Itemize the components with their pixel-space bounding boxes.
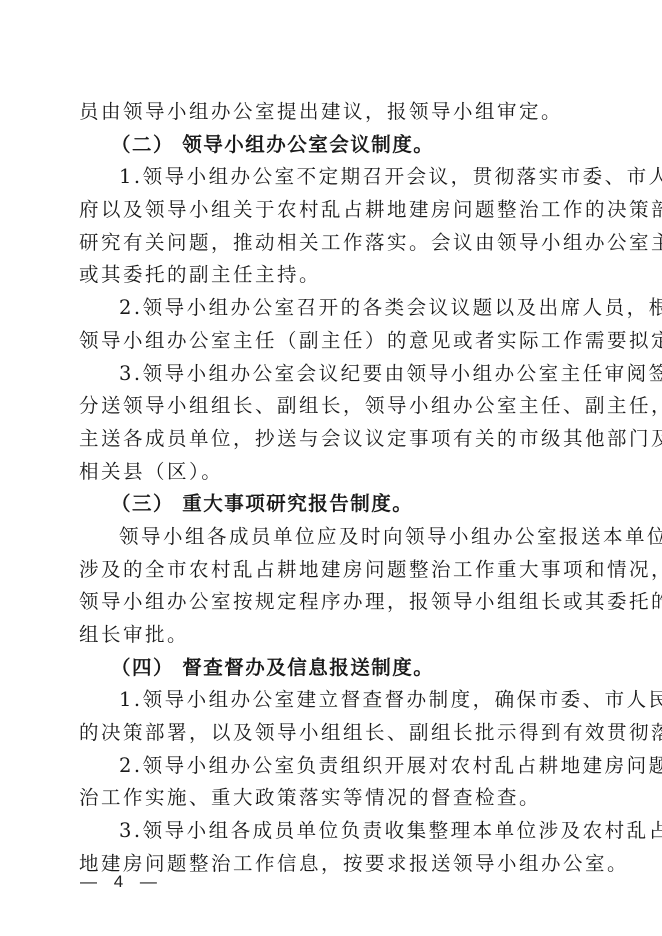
paragraph-line: 员由领导小组办公室提出建议，报领导小组审定。: [79, 96, 582, 129]
paragraph-line: 或其委托的副主任主持。: [79, 259, 582, 292]
paragraph-line: 组长审批。: [79, 619, 582, 652]
paragraph-line: 1.领导小组办公室建立督查督办制度，确保市委、市人民政府: [79, 684, 582, 717]
paragraph-line: 2.领导小组办公室召开的各类会议议题以及出席人员，根据: [79, 292, 582, 325]
paragraph-line: 相关县（区）。: [79, 456, 582, 489]
paragraph-line: 分送领导小组组长、副组长，领导小组办公室主任、副主任，: [79, 390, 582, 423]
section-heading-4: （四） 督查督办及信息报送制度。: [79, 652, 582, 685]
paragraph-line: 的决策部署，以及领导小组组长、副组长批示得到有效贯彻落实。: [79, 717, 582, 750]
page-number: — 4 —: [80, 872, 163, 892]
paragraph-line: 领导小组办公室按规定程序办理，报领导小组组长或其委托的副: [79, 586, 582, 619]
paragraph-line: 研究有关问题，推动相关工作落实。会议由领导小组办公室主任: [79, 227, 582, 260]
section-heading-2: （二） 领导小组办公室会议制度。: [79, 129, 582, 162]
paragraph-line: 主送各成员单位，抄送与会议议定事项有关的市级其他部门及: [79, 423, 582, 456]
document-body: 员由领导小组办公室提出建议，报领导小组审定。 （二） 领导小组办公室会议制度。 …: [79, 96, 582, 881]
paragraph-line: 府以及领导小组关于农村乱占耕地建房问题整治工作的决策部署，: [79, 194, 582, 227]
paragraph-line: 3.领导小组各成员单位负责收集整理本单位涉及农村乱占耕: [79, 815, 582, 848]
paragraph-line: 1.领导小组办公室不定期召开会议，贯彻落实市委、市人民政: [79, 161, 582, 194]
paragraph-line: 3.领导小组办公室会议纪要由领导小组办公室主任审阅签 发，: [79, 358, 582, 391]
paragraph-line: 领导小组办公室主任（副主任）的意见或者实际工作需要拟定。: [79, 325, 582, 358]
paragraph-line: 治工作实施、重大政策落实等情况的督查检查。: [79, 782, 582, 815]
paragraph-line: 2.领导小组办公室负责组织开展对农村乱占耕地建房问题整: [79, 750, 582, 783]
paragraph-line: 涉及的全市农村乱占耕地建房问题整治工作重大事项和情况，由: [79, 554, 582, 587]
section-heading-3: （三） 重大事项研究报告制度。: [79, 488, 582, 521]
paragraph-line: 领导小组各成员单位应及时向领导小组办公室报送本单位: [79, 521, 582, 554]
